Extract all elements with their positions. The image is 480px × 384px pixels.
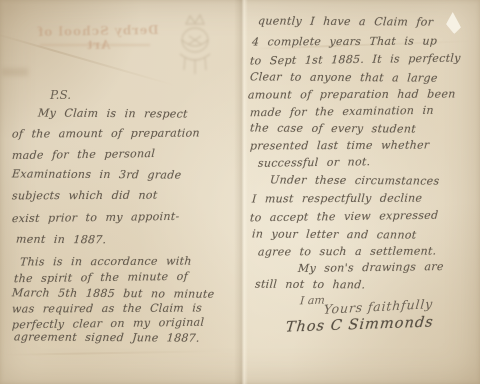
handwritten-line: to Sept 1st 1885. It is perfectly [250, 52, 462, 68]
handwritten-line: made for the personal [12, 147, 156, 162]
center-fold [234, 0, 248, 384]
handwritten-line: amount of preparation had been [248, 87, 457, 101]
handwritten-line: successful or not. [258, 155, 371, 170]
crease-line [4, 350, 224, 356]
handwritten-line: ment in 1887. [16, 233, 107, 247]
handwritten-line: in your letter and cannot [252, 227, 417, 241]
handwritten-line: of the amount of preparation [12, 127, 201, 141]
handwritten-line: 4 complete years That is up [252, 35, 438, 49]
handwritten-line: the spirit of the minute of [14, 270, 189, 285]
handwritten-line: presented last time whether [250, 139, 430, 153]
paper-chip [446, 12, 461, 34]
handwritten-line: exist prior to my appoint- [12, 210, 180, 225]
handwritten-line: My son's drawings are [298, 260, 445, 275]
handwritten-line: quently I have a Claim for [258, 14, 434, 28]
handwritten-line: was required as the Claim is [12, 302, 203, 316]
handwritten-line: Examinations in 3rd grade [12, 167, 182, 181]
handwritten-line: agreement signed June 1887. [14, 330, 201, 344]
handwritten-line: March 5th 1885 but no minute [12, 286, 215, 300]
handwritten-line: still not to hand. [255, 278, 366, 292]
handwritten-line: This is in accordance with [20, 255, 193, 269]
handwritten-line: My Claim is in respect [38, 106, 189, 120]
signature: Thos C Simmonds [285, 314, 435, 335]
handwritten-line: subjects which did not [12, 189, 158, 203]
handwritten-line: the case of every student [250, 121, 417, 135]
letterhead-showthrough-rule [40, 44, 150, 46]
letterhead-showthrough: Derby School of Art [32, 23, 164, 53]
handwritten-line: perfectly clear on my original [12, 316, 205, 332]
handwritten-line: made for the examination in [250, 104, 435, 120]
closing-i-am: I am [300, 294, 326, 308]
handwritten-line: I must respectfully decline [252, 192, 423, 206]
royal-crest-watermark [172, 10, 218, 78]
handwritten-line: Under these circumstances [270, 173, 440, 187]
handwritten-line: to accept the view expressed [250, 209, 439, 225]
letter-sheet: Derby School of Art P.S. My Claim is in … [0, 0, 480, 384]
closing-valediction: Yours faithfully [323, 296, 434, 317]
handwritten-line: agree to such a settlement. [258, 245, 437, 259]
postscript-label: P.S. [50, 88, 71, 102]
ink-showthrough-smudge [2, 68, 28, 76]
handwritten-line: Clear to anyone that a large [250, 70, 439, 84]
